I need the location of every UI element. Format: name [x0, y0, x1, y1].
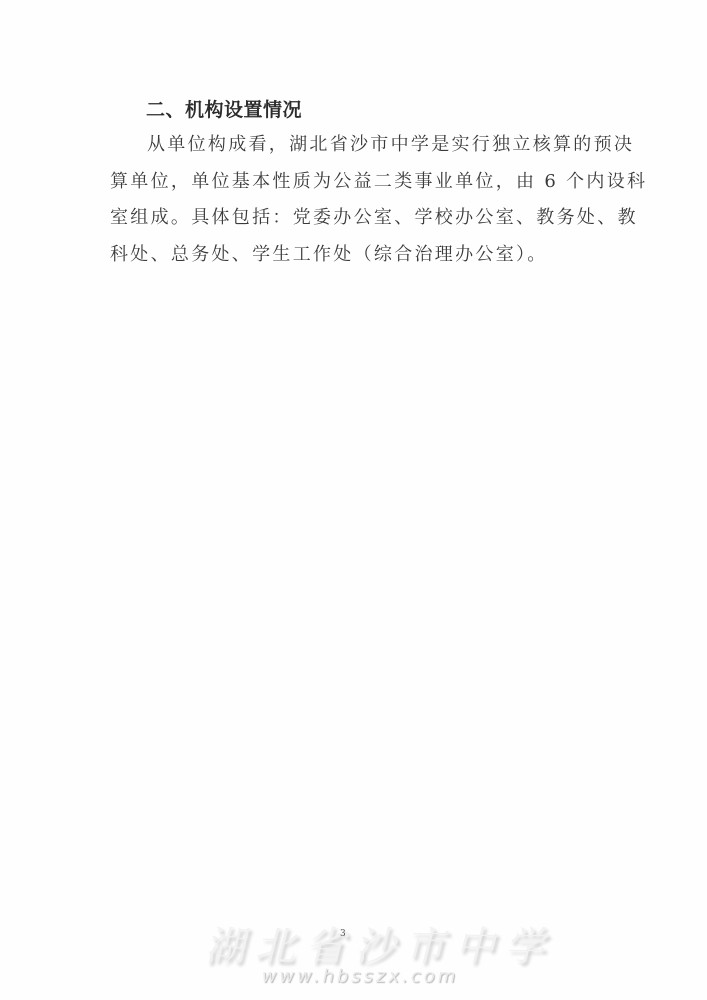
section-heading: 二、机构设置情况: [146, 95, 302, 122]
paragraph-line-2: 算单位，单位基本性质为公益二类事业单位，由 6 个内设科: [110, 164, 602, 201]
paragraph-line-1: 从单位构成看，湖北省沙市中学是实行独立核算的预决: [110, 127, 602, 164]
paragraph-line-3: 室组成。具体包括：党委办公室、学校办公室、教务处、教: [110, 200, 602, 237]
paragraph-line-4: 科处、总务处、学生工作处（综合治理办公室）。: [110, 237, 602, 274]
document-page: 二、机构设置情况 从单位构成看，湖北省沙市中学是实行独立核算的预决 算单位，单位…: [0, 0, 707, 1000]
watermark-url: www.hbsszx.com: [240, 966, 480, 987]
watermark-school-name: 湖北省沙市中学: [205, 915, 505, 972]
page-number: 3: [340, 929, 346, 939]
body-paragraph: 从单位构成看，湖北省沙市中学是实行独立核算的预决 算单位，单位基本性质为公益二类…: [110, 127, 602, 273]
